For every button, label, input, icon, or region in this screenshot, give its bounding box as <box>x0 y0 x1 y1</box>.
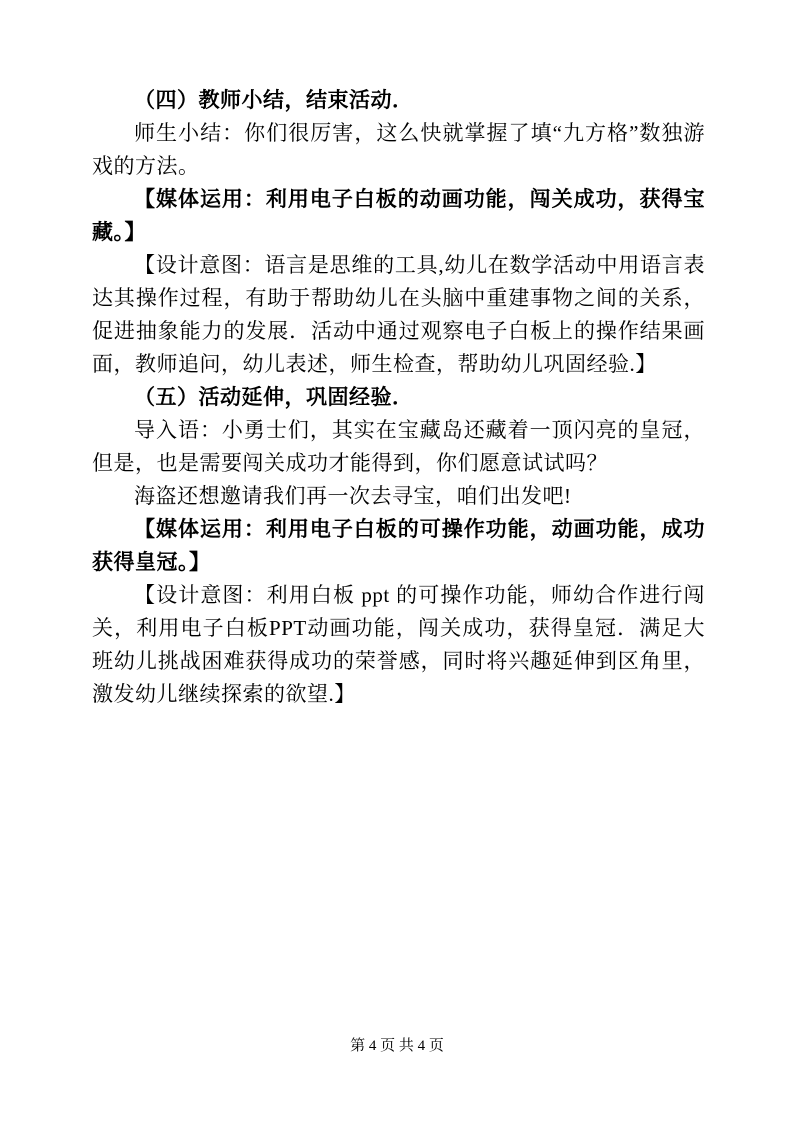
lead-in-line: 导入语：小勇士们，其实在宝藏岛还藏着一顶闪亮的皇冠，但是，也是需要闯关成功才能得… <box>92 414 705 480</box>
media-use-note-2: 【媒体运用：利用电子白板的可操作功能，动画功能，成功获得皇冠。】 <box>92 513 705 579</box>
teacher-student-summary-line: 师生小结：你们很厉害，这么快就掌握了填“九方格”数独游戏的方法。 <box>92 117 705 183</box>
design-intent-note-1: 【设计意图：语言是思维的工具,幼儿在数学活动中用语言表达其操作过程，有助于帮助幼… <box>92 249 705 381</box>
pirate-invitation-line: 海盗还想邀请我们再一次去寻宝，咱们出发吧! <box>92 480 705 513</box>
document-body: （四）教师小结，结束活动． 师生小结：你们很厉害，这么快就掌握了填“九方格”数独… <box>92 84 705 711</box>
media-use-note-1: 【媒体运用：利用电子白板的动画功能，闯关成功，获得宝藏。】 <box>92 183 705 249</box>
document-page: （四）教师小结，结束活动． 师生小结：你们很厉害，这么快就掌握了填“九方格”数独… <box>0 0 794 1123</box>
page-number-text: 第 4 页 共 4 页 <box>350 1038 444 1054</box>
page-footer: 第 4 页 共 4 页 <box>0 1036 794 1056</box>
section-heading-four: （四）教师小结，结束活动． <box>92 84 705 117</box>
section-heading-five: （五）活动延伸，巩固经验． <box>92 381 705 414</box>
design-intent-note-2: 【设计意图：利用白板 ppt 的可操作功能，师幼合作进行闯关，利用电子白板PPT… <box>92 579 705 711</box>
